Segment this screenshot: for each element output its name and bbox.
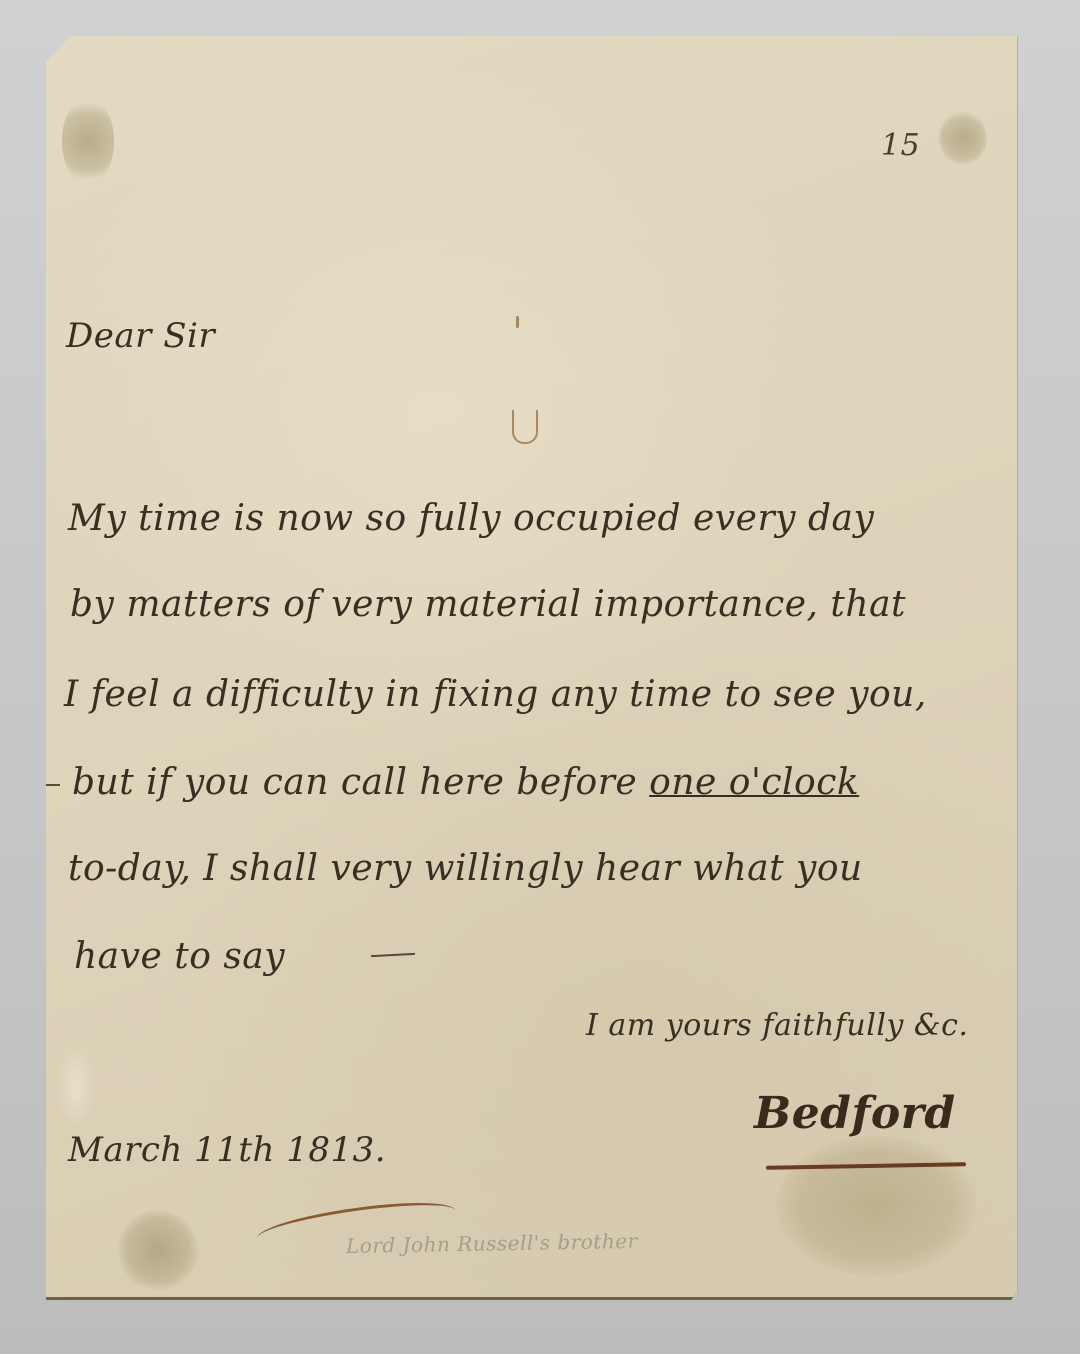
water-stain xyxy=(62,96,114,186)
body-line: have to say xyxy=(74,936,285,977)
water-stain xyxy=(776,1136,976,1276)
body-line: I feel a difficulty in fixing any time t… xyxy=(64,674,927,715)
letter-date: March 11th 1813. xyxy=(68,1130,386,1170)
paper-wear xyxy=(56,1046,96,1126)
folio-number: 15 xyxy=(881,128,920,163)
body-line: My time is now so fully occupied every d… xyxy=(68,498,874,539)
water-stain xyxy=(939,111,987,166)
body-line-text: but if you can call here before one o'cl… xyxy=(72,762,859,803)
closing-dash xyxy=(371,953,415,957)
water-stain xyxy=(118,1210,198,1290)
rust-mark xyxy=(516,316,519,328)
salutation: Dear Sir xyxy=(66,316,215,356)
margin-dash xyxy=(46,784,60,786)
rust-mark xyxy=(512,410,538,444)
letter-sheet: 15 Dear Sir My time is now so fully occu… xyxy=(46,36,1018,1300)
underlined-emphasis: one o'clock xyxy=(649,762,859,803)
body-line: to-day, I shall very willingly hear what… xyxy=(68,848,863,889)
signature: Bedford xyxy=(754,1088,956,1139)
body-line: by matters of very material importance, … xyxy=(70,584,906,625)
closing-phrase: I am yours faithfully &c. xyxy=(586,1008,968,1043)
pencil-annotation: Lord John Russell's brother xyxy=(346,1229,638,1258)
body-line: but if you can call here before one o'cl… xyxy=(72,762,859,803)
